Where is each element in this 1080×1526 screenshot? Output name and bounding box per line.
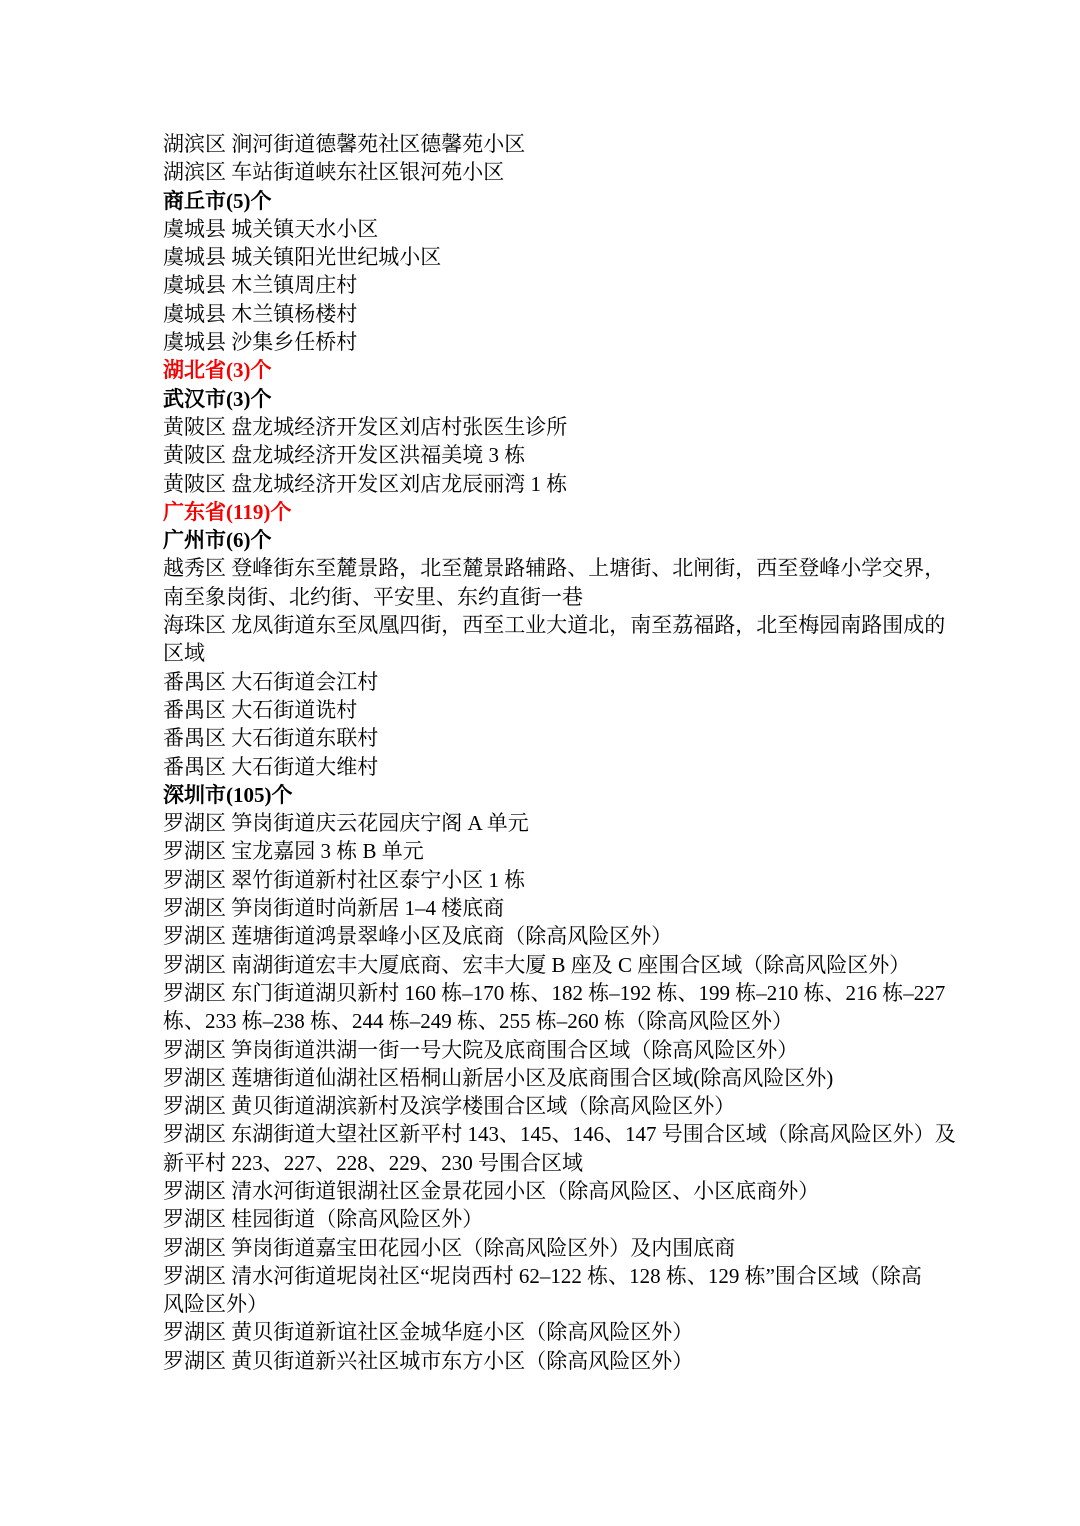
district-entry: 番禺区 大石街道诜村 (163, 696, 1025, 724)
district-entry: 虞城县 沙集乡任桥村 (163, 328, 1025, 356)
city-header: 商丘市(5)个 (163, 187, 1025, 215)
district-entry: 罗湖区 黄贝街道新兴社区城市东方小区（除高风险区外） (163, 1347, 1025, 1375)
district-entry: 罗湖区 笋岗街道时尚新居 1–4 楼底商 (163, 894, 1025, 922)
district-entry: 罗湖区 桂园街道（除高风险区外） (163, 1205, 1025, 1233)
district-entry: 番禺区 大石街道大维村 (163, 753, 1025, 781)
district-entry: 罗湖区 黄贝街道新谊社区金城华庭小区（除高风险区外） (163, 1318, 1025, 1346)
district-entry: 罗湖区 莲塘街道鸿景翠峰小区及底商（除高风险区外） (163, 922, 1025, 950)
district-entry: 罗湖区 清水河街道坭岗社区“坭岗西村 62–122 栋、128 栋、129 栋”… (163, 1262, 1025, 1319)
district-entry: 虞城县 城关镇天水小区 (163, 215, 1025, 243)
district-entry: 湖滨区 涧河街道德馨苑社区德馨苑小区 (163, 130, 1025, 158)
city-header: 武汉市(3)个 (163, 385, 1025, 413)
district-entry: 罗湖区 笋岗街道洪湖一街一号大院及底商围合区域（除高风险区外） (163, 1036, 1025, 1064)
district-entry: 番禺区 大石街道东联村 (163, 724, 1025, 752)
district-list: 湖滨区 涧河街道德馨苑社区德馨苑小区湖滨区 车站街道峡东社区银河苑小区商丘市(5… (163, 130, 1025, 1375)
district-entry: 罗湖区 南湖街道宏丰大厦底商、宏丰大厦 B 座及 C 座围合区域（除高风险区外） (163, 951, 1025, 979)
district-entry: 黄陂区 盘龙城经济开发区洪福美境 3 栋 (163, 441, 1025, 469)
district-entry: 越秀区 登峰街东至麓景路，北至麓景路辅路、上塘街、北闸街，西至登峰小学交界， 南… (163, 554, 1025, 611)
city-header: 广州市(6)个 (163, 526, 1025, 554)
district-entry: 罗湖区 清水河街道银湖社区金景花园小区（除高风险区、小区底商外） (163, 1177, 1025, 1205)
district-entry: 罗湖区 宝龙嘉园 3 栋 B 单元 (163, 837, 1025, 865)
district-entry: 罗湖区 东门街道湖贝新村 160 栋–170 栋、182 栋–192 栋、199… (163, 979, 1025, 1036)
province-header: 广东省(119)个 (163, 498, 1025, 526)
district-entry: 罗湖区 笋岗街道庆云花园庆宁阁 A 单元 (163, 809, 1025, 837)
city-header: 深圳市(105)个 (163, 781, 1025, 809)
district-entry: 湖滨区 车站街道峡东社区银河苑小区 (163, 158, 1025, 186)
district-entry: 黄陂区 盘龙城经济开发区刘店龙辰丽湾 1 栋 (163, 470, 1025, 498)
district-entry: 海珠区 龙凤街道东至凤凰四街，西至工业大道北，南至荔福路，北至梅园南路围成的 区… (163, 611, 1025, 668)
province-header: 湖北省(3)个 (163, 356, 1025, 384)
district-entry: 虞城县 木兰镇杨楼村 (163, 300, 1025, 328)
district-entry: 罗湖区 翠竹街道新村社区泰宁小区 1 栋 (163, 866, 1025, 894)
district-entry: 罗湖区 笋岗街道嘉宝田花园小区（除高风险区外）及内围底商 (163, 1234, 1025, 1262)
district-entry: 番禺区 大石街道会江村 (163, 668, 1025, 696)
document-page: { "page": { "background": "#ffffff", "te… (0, 0, 1080, 1526)
district-entry: 罗湖区 莲塘街道仙湖社区梧桐山新居小区及底商围合区域(除高风险区外) (163, 1064, 1025, 1092)
district-entry: 虞城县 城关镇阳光世纪城小区 (163, 243, 1025, 271)
district-entry: 罗湖区 黄贝街道湖滨新村及滨学楼围合区域（除高风险区外） (163, 1092, 1025, 1120)
district-entry: 虞城县 木兰镇周庄村 (163, 271, 1025, 299)
district-entry: 罗湖区 东湖街道大望社区新平村 143、145、146、147 号围合区域（除高… (163, 1120, 1025, 1177)
district-entry: 黄陂区 盘龙城经济开发区刘店村张医生诊所 (163, 413, 1025, 441)
